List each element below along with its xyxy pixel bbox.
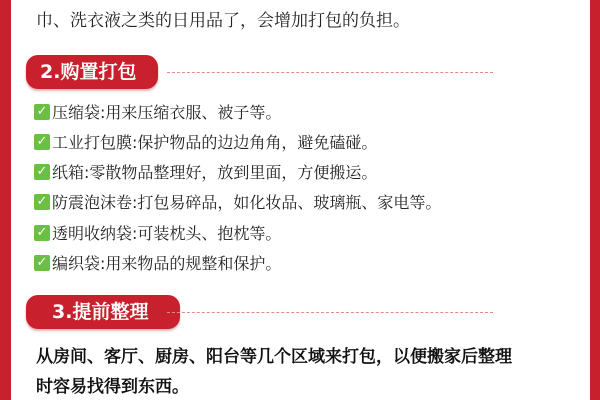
list-item: ✓ 工业打包膜:保护物品的边边角角，避免磕碰。 xyxy=(34,130,377,153)
check-icon: ✓ xyxy=(34,194,50,210)
divider xyxy=(167,312,493,313)
organize-body-line2: 时容易找得到东西。 xyxy=(36,372,189,397)
intro-tail-text: 巾、洗衣液之类的日用品了，会增加打包的负担。 xyxy=(36,6,410,31)
left-border xyxy=(0,0,11,400)
section-title-purchase: 2.购置打包用 xyxy=(26,55,158,89)
list-item: ✓ 纸箱:零散物品整理好，放到里面，方便搬运。 xyxy=(34,160,377,183)
check-icon: ✓ xyxy=(34,134,50,150)
list-item: ✓ 透明收纳袋:可装枕头、抱枕等。 xyxy=(34,221,281,244)
section-title-organize: 3.提前整理 xyxy=(26,295,180,329)
check-icon: ✓ xyxy=(34,225,50,241)
check-icon: ✓ xyxy=(34,104,50,120)
list-item: ✓ 编织袋:用来物品的规整和保护。 xyxy=(34,251,281,274)
check-icon: ✓ xyxy=(34,164,50,180)
divider xyxy=(167,72,493,73)
right-border xyxy=(588,0,600,400)
check-icon: ✓ xyxy=(34,255,50,271)
list-item: ✓ 防震泡沫卷:打包易碎品，如化妆品、玻璃瓶、家电等。 xyxy=(34,190,441,213)
list-item: ✓ 压缩袋:用来压缩衣服、被子等。 xyxy=(34,100,281,123)
organize-body-line1: 从房间、客厅、厨房、阳台等几个区域来打包，以便搬家后整理 xyxy=(36,342,512,367)
